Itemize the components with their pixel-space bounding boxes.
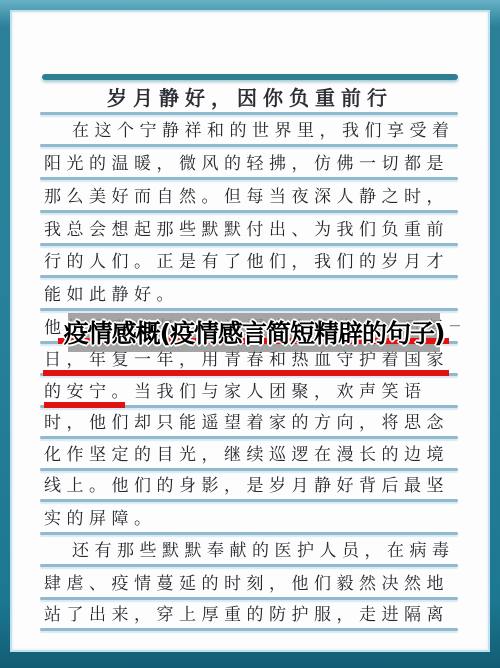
- ruled-line: [40, 499, 458, 502]
- text-line: 阳光的温暖，微风的轻拂，仿佛一切都是: [44, 152, 460, 176]
- ruled-line: [40, 436, 458, 439]
- ruled-line: [40, 210, 458, 213]
- text-line: 肆虐、疫情蔓延的时刻，他们毅然决然地: [44, 572, 460, 596]
- page-title: 岁月静好，因你负重前行: [42, 85, 458, 111]
- red-underline-short: [44, 402, 125, 408]
- text-line: 那么美好而自然。但每当夜深人静之时，: [44, 185, 460, 209]
- text-line: 时，他们却只能遥望着家的方向，将思念: [44, 411, 460, 435]
- ruled-line: [40, 532, 458, 535]
- text-line: 行的人们。正是有了他们，我们的岁月才: [44, 250, 460, 274]
- teal-photo-frame: 岁月静好，因你负重前行 在这个宁静祥和的世界里，我们享受着 阳光的温暖，微风的轻…: [0, 0, 500, 668]
- notebook-paper: 岁月静好，因你负重前行 在这个宁静祥和的世界里，我们享受着 阳光的温暖，微风的轻…: [10, 10, 490, 652]
- title-top-divider: [42, 74, 458, 80]
- ruled-line: [40, 243, 458, 246]
- text-line: 在这个宁静祥和的世界里，我们享受着: [72, 119, 460, 143]
- text-line: 实的屏障。: [44, 507, 460, 531]
- ruled-line: [40, 597, 458, 600]
- ruled-line: [40, 564, 458, 567]
- ruled-line: [40, 177, 458, 180]
- text-line: 的安宁。当我们与家人团聚，欢声笑语: [44, 380, 460, 404]
- ruled-line: [40, 628, 458, 631]
- ruled-line: [40, 144, 458, 147]
- text-line: 站了出来，穿上厚重的防护服，走进隔离: [44, 603, 460, 627]
- text-line: 化作坚定的目光，继续巡逻在漫长的边境: [44, 443, 460, 467]
- ruled-line: [40, 275, 458, 278]
- text-line: 能如此静好。: [44, 283, 460, 307]
- red-underline-full: [43, 370, 449, 376]
- text-line: 线上。他们的身影，是岁月静好背后最坚: [44, 474, 460, 498]
- ruled-line: [40, 112, 458, 115]
- text-line: 还有那些默默奉献的医护人员，在病毒: [72, 539, 460, 563]
- text-line: 我总会想起那些默默付出、为我们负重前: [44, 218, 460, 242]
- headline-title: 疫情感概(疫情感言简短精辟的句子): [52, 314, 456, 353]
- ruled-line: [40, 468, 458, 471]
- ruled-line: [40, 308, 458, 311]
